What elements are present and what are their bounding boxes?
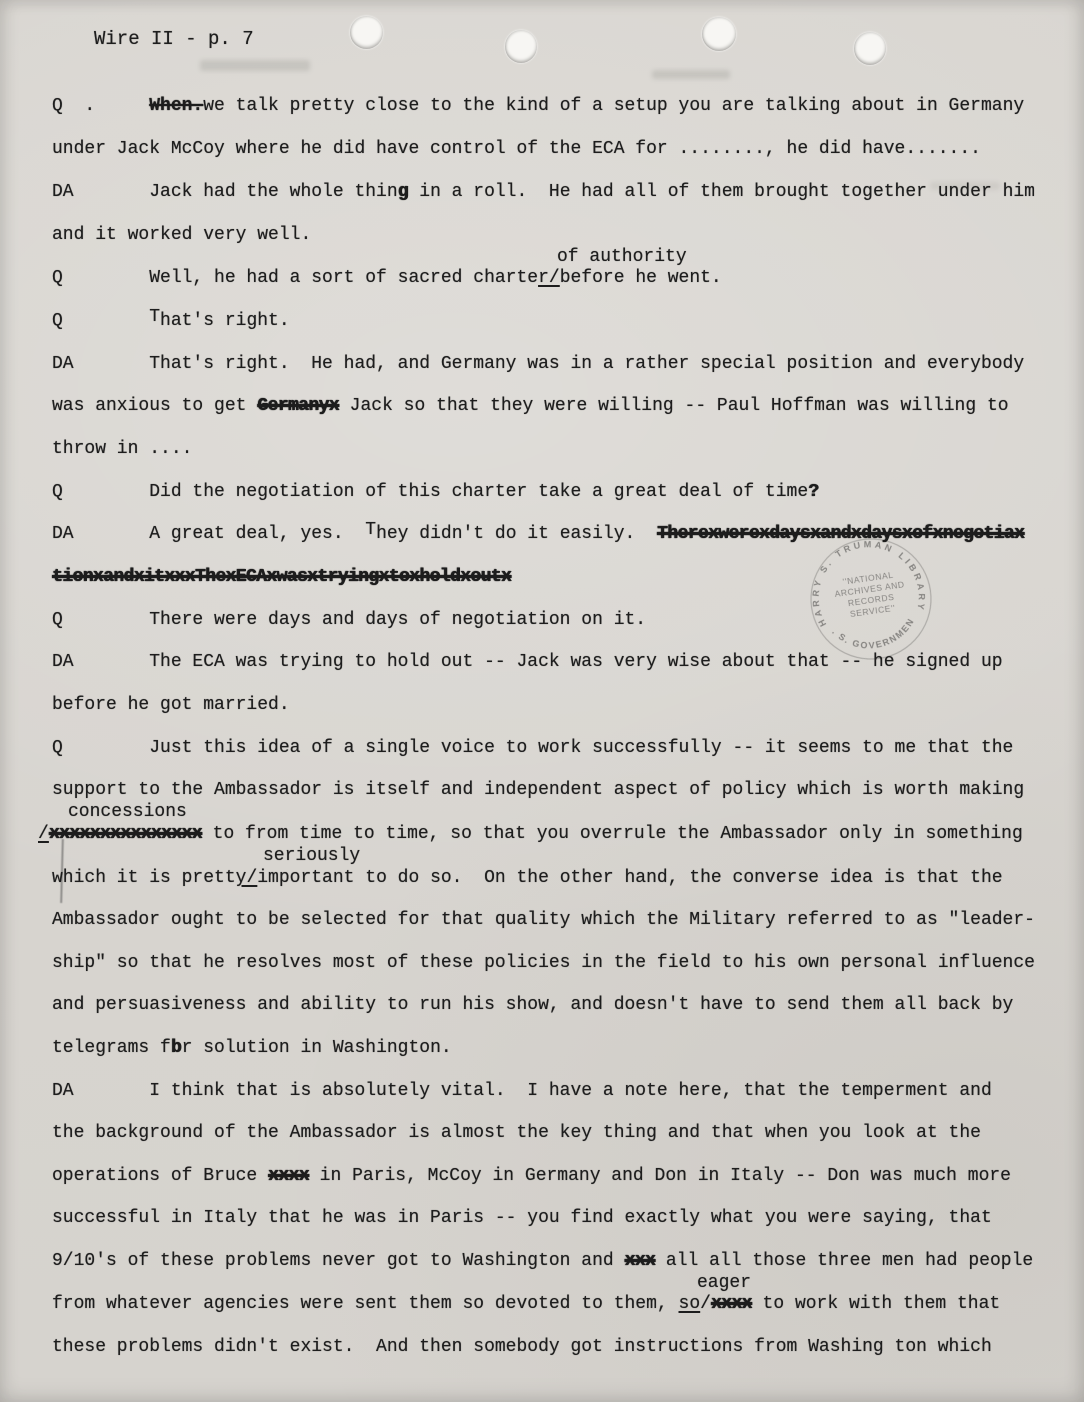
inserted-word: seriously [263, 846, 360, 867]
text-line: was anxious to get Germanyx Jack so that… [52, 396, 1009, 417]
struck-text: Therexwerexdaysxandxdaysxofxnegotiax [657, 524, 1024, 544]
text-segment: these problems didn't exist. And then so… [52, 1337, 992, 1357]
text-segment: DA I think that is absolutely vital. I h… [52, 1081, 992, 1101]
text-segment: hey didn't do it easily. [376, 524, 657, 544]
punch-hole [854, 32, 886, 65]
text-segment: ? [808, 482, 819, 502]
text-segment: Q Did the negotiation of this charter ta… [52, 482, 808, 502]
struck-text: xxxx [268, 1166, 309, 1186]
text-segment: y/ [236, 868, 258, 888]
text-segment: Q Well, he had a sort of sacred charte [52, 268, 538, 288]
text-segment: b [171, 1038, 182, 1058]
text-segment: Jack so that they were willing -- Paul H… [339, 396, 1009, 416]
text-segment: successful in Italy that he was in Paris… [52, 1208, 992, 1228]
text-segment: to from time to time, so that you overru… [202, 824, 1023, 844]
text-segment: Q There were days and days of negotiatio… [52, 610, 646, 630]
struck-line: tionxandxitxxxThexECAxwasxtryingxtoxhold… [52, 567, 511, 588]
text-segment: DA The ECA was trying to hold out -- Jac… [52, 652, 1003, 672]
text-segment: T [149, 307, 160, 327]
text-segment: r/ [538, 268, 560, 288]
text-segment: When. [149, 96, 203, 116]
text-segment: support to the Ambassador is itself and … [52, 780, 1024, 800]
text-line: Q That's right. [52, 311, 290, 332]
text-segment: all all those three men had people [655, 1251, 1033, 1271]
text-segment: Ambassador ought to be selected for that… [52, 910, 1035, 930]
text-line: successful in Italy that he was in Paris… [52, 1208, 992, 1229]
text-line: Ambassador ought to be selected for that… [52, 910, 1035, 931]
text-line: the background of the Ambassador is almo… [52, 1123, 981, 1144]
text-line: telegrams fbr solution in Washington. [52, 1038, 452, 1059]
inserted-word: eager [697, 1273, 751, 1294]
text-segment: we talk pretty close to the kind of a se… [203, 96, 1024, 116]
text-segment: of authority [557, 247, 687, 267]
text-segment: to work with them that [752, 1294, 1000, 1314]
inserted-word: of authority [557, 247, 687, 268]
text-line: Q Just this idea of a single voice to wo… [52, 738, 1013, 759]
text-line: and persuasiveness and ability to run hi… [52, 995, 1013, 1016]
text-line: Q Did the negotiation of this charter ta… [52, 482, 819, 503]
struck-text: xxx [625, 1251, 656, 1271]
text-segment: T [365, 520, 376, 540]
text-line: from whatever agencies were sent them so… [52, 1294, 1000, 1315]
bleed-through-smudge [652, 70, 730, 79]
punch-hole [702, 17, 736, 51]
text-line: /xxxxxxxxxxxxxxx to from time to time, s… [38, 824, 1023, 845]
text-segment: throw in .... [52, 439, 192, 459]
text-segment: and it worked very well. [52, 225, 311, 245]
struck-text: xxxx [711, 1294, 752, 1314]
text-segment: DA A great deal, yes. [52, 524, 365, 544]
text-segment: / [38, 824, 49, 844]
text-segment: concessions [68, 802, 187, 822]
page-header: Wire II - p. 7 [94, 28, 254, 50]
text-segment: before he got married. [52, 695, 290, 715]
text-segment: hat's right. [160, 311, 290, 331]
text-segment: r solution in Washington. [182, 1038, 452, 1058]
text-segment: in a roll. He had all of them brought to… [408, 182, 1035, 202]
text-line: before he got married. [52, 695, 290, 716]
text-segment: from whatever agencies were sent them so… [52, 1294, 679, 1314]
text-segment: in Paris, McCoy in Germany and Don in It… [309, 1166, 1011, 1186]
document-page: Wire II - p. 7 HARRY S. TRUMAN LIBRARY U… [0, 0, 1084, 1402]
text-line: Q . When.we talk pretty close to the kin… [52, 96, 1024, 117]
text-segment: DA Jack had the whole thin [52, 182, 398, 202]
text-segment: / [700, 1294, 711, 1314]
text-segment: eager [697, 1273, 751, 1293]
struck-text: tionxandxitxxxThexECAxwasxtryingxtoxhold… [52, 567, 511, 587]
text-line: ship" so that he resolves most of these … [52, 953, 1035, 974]
text-line: support to the Ambassador is itself and … [52, 780, 1024, 801]
text-segment: which it is prett [52, 868, 236, 888]
text-segment: Q [52, 311, 149, 331]
bleed-through-smudge [200, 60, 310, 71]
text-line: and it worked very well. [52, 225, 311, 246]
text-line: DA A great deal, yes. They didn't do it … [52, 524, 1024, 545]
text-segment: operations of Bruce [52, 1166, 268, 1186]
text-segment: Q Just this idea of a single voice to wo… [52, 738, 1013, 758]
text-line: throw in .... [52, 439, 192, 460]
text-line: under Jack McCoy where he did have contr… [52, 139, 981, 160]
text-segment: under Jack McCoy where he did have contr… [52, 139, 981, 159]
text-segment: Q . [52, 96, 149, 116]
struck-text: xxxxxxxxxxxxxxx [49, 824, 202, 844]
text-segment: ship" so that he resolves most of these … [52, 953, 1035, 973]
text-line: DA I think that is absolutely vital. I h… [52, 1081, 992, 1102]
punch-hole [350, 16, 383, 49]
text-segment: DA That's right. He had, and Germany was… [52, 354, 1024, 374]
text-line: Q There were days and days of negotiatio… [52, 610, 646, 631]
text-line: which it is pretty/important to do so. O… [52, 868, 1003, 889]
text-line: DA That's right. He had, and Germany was… [52, 354, 1024, 375]
text-line: operations of Bruce xxxx in Paris, McCoy… [52, 1166, 1011, 1187]
text-line: 9/10's of these problems never got to Wa… [52, 1251, 1033, 1272]
text-segment: important to do so. On the other hand, t… [257, 868, 1002, 888]
text-line: these problems didn't exist. And then so… [52, 1337, 992, 1358]
struck-text: Germanyx [257, 396, 339, 416]
text-segment: g [398, 182, 409, 202]
text-line: Q Well, he had a sort of sacred charter/… [52, 268, 722, 289]
text-segment: seriously [263, 846, 360, 866]
punch-hole [505, 30, 537, 63]
text-segment: before he went. [560, 268, 722, 288]
inserted-word: concessions [68, 802, 187, 823]
text-line: DA Jack had the whole thing in a roll. H… [52, 182, 1035, 203]
text-segment: telegrams f [52, 1038, 171, 1058]
text-line: DA The ECA was trying to hold out -- Jac… [52, 652, 1003, 673]
text-segment: the background of the Ambassador is almo… [52, 1123, 981, 1143]
text-segment: was anxious to get [52, 396, 257, 416]
text-segment: 9/10's of these problems never got to Wa… [52, 1251, 625, 1271]
text-segment: so [679, 1294, 701, 1314]
text-segment: and persuasiveness and ability to run hi… [52, 995, 1013, 1015]
